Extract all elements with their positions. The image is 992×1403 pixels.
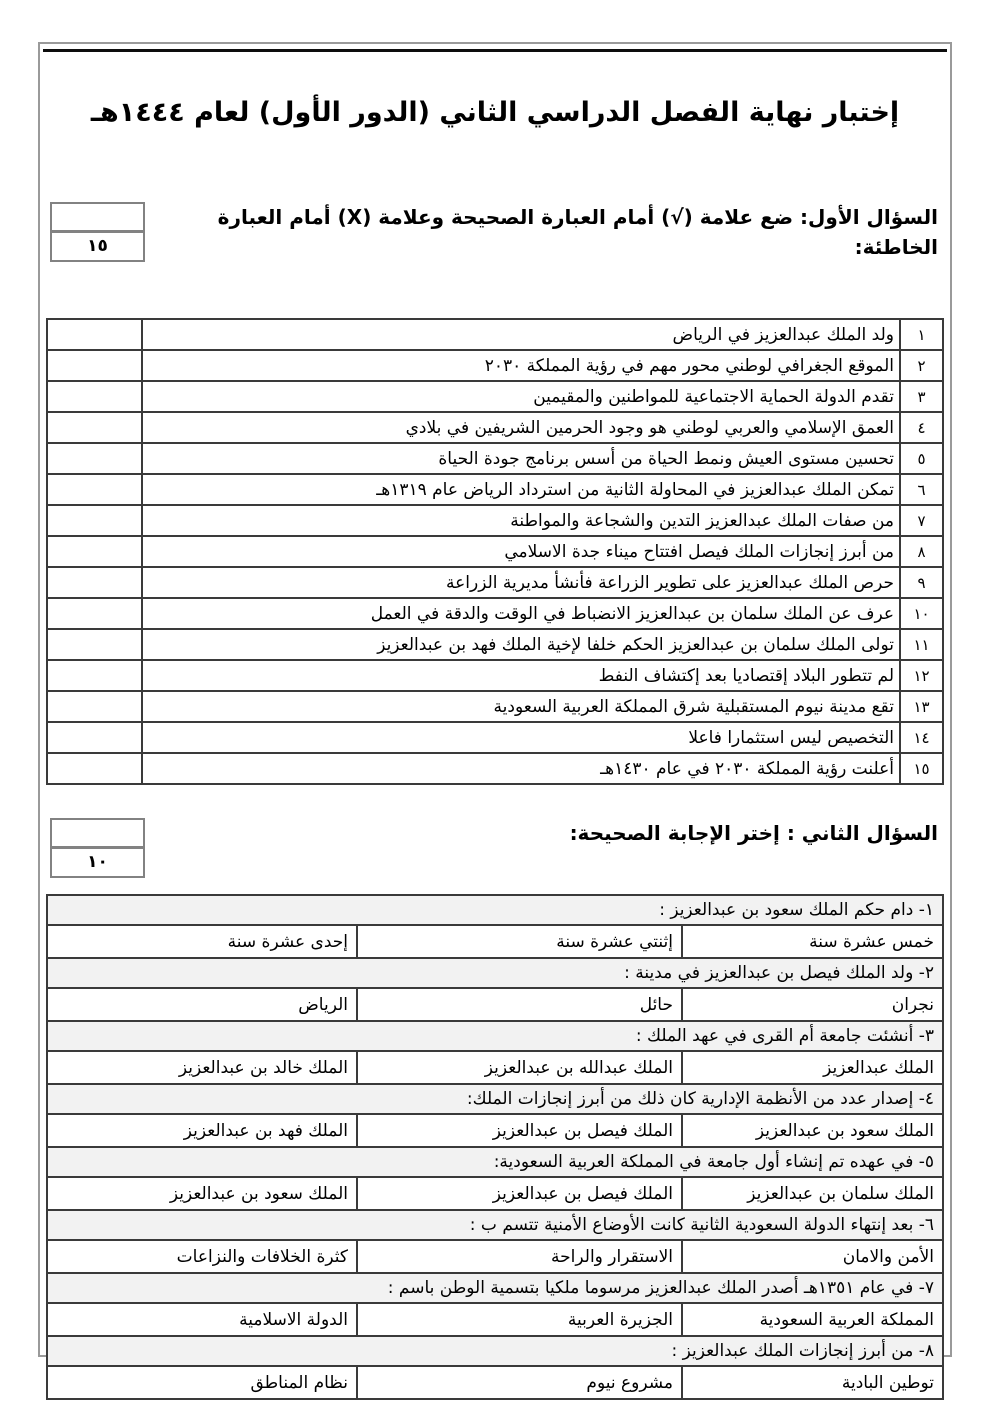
answer-cell: [47, 443, 142, 474]
options-row: الملك سعود بن عبدالعزيزالملك فيصل بن عبد…: [47, 1114, 943, 1147]
option-cell: الملك فيصل بن عبدالعزيز: [357, 1114, 682, 1147]
option-cell: الملك سعود بن عبدالعزيز: [682, 1114, 943, 1147]
section1-header: السؤال الأول: ضع علامة (√) أمام العبارة …: [40, 202, 950, 262]
option-cell: الدولة الاسلامية: [47, 1303, 357, 1336]
options-row: الأمن والامانالاستقرار والراحةكثرة الخلا…: [47, 1240, 943, 1273]
question-text: ٥- في عهده تم إنشاء أول جامعة في المملكة…: [47, 1147, 943, 1177]
statement-text: من أبرز إنجازات الملك فيصل افتتاح ميناء …: [142, 536, 900, 567]
table-row: ١٢لم تتطور البلاد إقتصاديا بعد إكتشاف ال…: [47, 660, 943, 691]
statement-text: لم تتطور البلاد إقتصاديا بعد إكتشاف النف…: [142, 660, 900, 691]
answer-cell: [47, 474, 142, 505]
answer-cell: [47, 381, 142, 412]
statement-text: تحسين مستوى العيش ونمط الحياة من أسس برن…: [142, 443, 900, 474]
table-row: ١٣تقع مدينة نيوم المستقبلية شرق المملكة …: [47, 691, 943, 722]
question-row: ٦- بعد إنتهاء الدولة السعودية الثانية كا…: [47, 1210, 943, 1240]
statement-text: تولى الملك سلمان بن عبدالعزيز الحكم خلفا…: [142, 629, 900, 660]
table-row: ١ولد الملك عبدالعزيز في الرياض: [47, 319, 943, 350]
table-row: ٥تحسين مستوى العيش ونمط الحياة من أسس بر…: [47, 443, 943, 474]
options-row: خمس عشرة سنةإثنتي عشرة سنةإحدى عشرة سنة: [47, 925, 943, 958]
row-number: ١٢: [900, 660, 943, 691]
question-row: ٥- في عهده تم إنشاء أول جامعة في المملكة…: [47, 1147, 943, 1177]
question-row: ٣- أنشئت جامعة أم القرى في عهد الملك :: [47, 1021, 943, 1051]
score-value: ١٠: [52, 849, 143, 876]
option-cell: خمس عشرة سنة: [682, 925, 943, 958]
options-row: توطين الباديةمشروع نيومنظام المناطق: [47, 1366, 943, 1399]
row-number: ١٠: [900, 598, 943, 629]
section2-score-box: ١٠: [50, 818, 145, 878]
score-cell-empty: [52, 204, 143, 233]
answer-cell: [47, 660, 142, 691]
row-number: ٦: [900, 474, 943, 505]
question-row: ٢- ولد الملك فيصل بن عبدالعزيز في مدينة …: [47, 958, 943, 988]
row-number: ٨: [900, 536, 943, 567]
table-row: ٢الموقع الجغرافي لوطني محور مهم في رؤية …: [47, 350, 943, 381]
row-number: ١٣: [900, 691, 943, 722]
option-cell: الملك سلمان بن عبدالعزيز: [682, 1177, 943, 1210]
question-row: ٧- في عام ١٣٥١هـ أصدر الملك عبدالعزيز مر…: [47, 1273, 943, 1303]
section1-heading: السؤال الأول: ضع علامة (√) أمام العبارة …: [218, 205, 938, 259]
true-false-table: ١ولد الملك عبدالعزيز في الرياض ٢الموقع ا…: [46, 318, 944, 785]
option-cell: الملك فيصل بن عبدالعزيز: [357, 1177, 682, 1210]
statement-text: من صفات الملك عبدالعزيز التدين والشجاعة …: [142, 505, 900, 536]
option-cell: الملك سعود بن عبدالعزيز: [47, 1177, 357, 1210]
option-cell: إحدى عشرة سنة: [47, 925, 357, 958]
option-cell: الملك خالد بن عبدالعزيز: [47, 1051, 357, 1084]
option-cell: الملك عبدالله بن عبدالعزيز: [357, 1051, 682, 1084]
table-row: ١٤التخصيص ليس استثمارا فاعلا: [47, 722, 943, 753]
answer-cell: [47, 753, 142, 784]
option-cell: المملكة العربية السعودية: [682, 1303, 943, 1336]
statement-text: حرص الملك عبدالعزيز على تطوير الزراعة فأ…: [142, 567, 900, 598]
table-row: ٧من صفات الملك عبدالعزيز التدين والشجاعة…: [47, 505, 943, 536]
option-cell: توطين البادية: [682, 1366, 943, 1399]
row-number: ١٤: [900, 722, 943, 753]
section1-score-box: ١٥: [50, 202, 145, 262]
row-number: ٤: [900, 412, 943, 443]
table-row: ٤العمق الإسلامي والعربي لوطني هو وجود ال…: [47, 412, 943, 443]
question-row: ٤- إصدار عدد من الأنظمة الإدارية كان ذلك…: [47, 1084, 943, 1114]
option-cell: الجزيرة العربية: [357, 1303, 682, 1336]
score-cell-empty: [52, 820, 143, 849]
question-text: ٤- إصدار عدد من الأنظمة الإدارية كان ذلك…: [47, 1084, 943, 1114]
option-cell: مشروع نيوم: [357, 1366, 682, 1399]
question-text: ٦- بعد إنتهاء الدولة السعودية الثانية كا…: [47, 1210, 943, 1240]
mcq-table: ١- دام حكم الملك سعود بن عبدالعزيز : خمس…: [46, 894, 944, 1400]
row-number: ٣: [900, 381, 943, 412]
row-number: ٥: [900, 443, 943, 474]
statement-text: أعلنت رؤية المملكة ٢٠٣٠ في عام ١٤٣٠هـ: [142, 753, 900, 784]
table-row: ٩حرص الملك عبدالعزيز على تطوير الزراعة ف…: [47, 567, 943, 598]
statement-text: ولد الملك عبدالعزيز في الرياض: [142, 319, 900, 350]
statement-text: الموقع الجغرافي لوطني محور مهم في رؤية ا…: [142, 350, 900, 381]
table-row: ١١تولى الملك سلمان بن عبدالعزيز الحكم خل…: [47, 629, 943, 660]
row-number: ١٥: [900, 753, 943, 784]
options-row: الملك سلمان بن عبدالعزيزالملك فيصل بن عب…: [47, 1177, 943, 1210]
question-text: ٢- ولد الملك فيصل بن عبدالعزيز في مدينة …: [47, 958, 943, 988]
option-cell: الرياض: [47, 988, 357, 1021]
answer-cell: [47, 629, 142, 660]
answer-cell: [47, 412, 142, 443]
row-number: ٩: [900, 567, 943, 598]
option-cell: كثرة الخلافات والنزاعات: [47, 1240, 357, 1273]
statement-text: عرف عن الملك سلمان بن عبدالعزيز الانضباط…: [142, 598, 900, 629]
table-row: ١٥أعلنت رؤية المملكة ٢٠٣٠ في عام ١٤٣٠هـ: [47, 753, 943, 784]
option-cell: الأمن والامان: [682, 1240, 943, 1273]
row-number: ٧: [900, 505, 943, 536]
exam-title: إختبار نهاية الفصل الدراسي الثاني (الدور…: [40, 97, 950, 128]
option-cell: الاستقرار والراحة: [357, 1240, 682, 1273]
answer-cell: [47, 505, 142, 536]
option-cell: نجران: [682, 988, 943, 1021]
page-frame: إختبار نهاية الفصل الدراسي الثاني (الدور…: [38, 42, 952, 1357]
frame-inner-rule: [43, 49, 947, 52]
answer-cell: [47, 536, 142, 567]
statement-text: تمكن الملك عبدالعزيز في المحاولة الثانية…: [142, 474, 900, 505]
statement-text: تقع مدينة نيوم المستقبلية شرق المملكة ال…: [142, 691, 900, 722]
question-text: ٨- من أبرز إنجازات الملك عبدالعزيز :: [47, 1336, 943, 1366]
question-row: ١- دام حكم الملك سعود بن عبدالعزيز :: [47, 895, 943, 925]
score-value: ١٥: [52, 233, 143, 260]
table-row: ٣تقدم الدولة الحماية الاجتماعية للمواطني…: [47, 381, 943, 412]
statement-text: التخصيص ليس استثمارا فاعلا: [142, 722, 900, 753]
row-number: ٢: [900, 350, 943, 381]
answer-cell: [47, 722, 142, 753]
option-cell: حائل: [357, 988, 682, 1021]
question-row: ٨- من أبرز إنجازات الملك عبدالعزيز :: [47, 1336, 943, 1366]
row-number: ١١: [900, 629, 943, 660]
section2-heading: السؤال الثاني : إختر الإجابة الصحيحة:: [570, 821, 938, 845]
table-row: ٨من أبرز إنجازات الملك فيصل افتتاح ميناء…: [47, 536, 943, 567]
options-row: الملك عبدالعزيزالملك عبدالله بن عبدالعزي…: [47, 1051, 943, 1084]
table-row: ٦تمكن الملك عبدالعزيز في المحاولة الثاني…: [47, 474, 943, 505]
row-number: ١: [900, 319, 943, 350]
answer-cell: [47, 691, 142, 722]
option-cell: الملك عبدالعزيز: [682, 1051, 943, 1084]
answer-cell: [47, 319, 142, 350]
question-text: ١- دام حكم الملك سعود بن عبدالعزيز :: [47, 895, 943, 925]
question-text: ٧- في عام ١٣٥١هـ أصدر الملك عبدالعزيز مر…: [47, 1273, 943, 1303]
options-row: نجرانحائلالرياض: [47, 988, 943, 1021]
answer-cell: [47, 350, 142, 381]
table-row: ١٠عرف عن الملك سلمان بن عبدالعزيز الانضب…: [47, 598, 943, 629]
statement-text: تقدم الدولة الحماية الاجتماعية للمواطنين…: [142, 381, 900, 412]
question-text: ٣- أنشئت جامعة أم القرى في عهد الملك :: [47, 1021, 943, 1051]
option-cell: نظام المناطق: [47, 1366, 357, 1399]
answer-cell: [47, 598, 142, 629]
answer-cell: [47, 567, 142, 598]
options-row: المملكة العربية السعوديةالجزيرة العربيةا…: [47, 1303, 943, 1336]
statement-text: العمق الإسلامي والعربي لوطني هو وجود الح…: [142, 412, 900, 443]
section2-header: السؤال الثاني : إختر الإجابة الصحيحة: ١٠: [40, 818, 950, 848]
option-cell: الملك فهد بن عبدالعزيز: [47, 1114, 357, 1147]
exam-page: { "title": "إختبار نهاية الفصل الدراسي ا…: [0, 0, 992, 1403]
option-cell: إثنتي عشرة سنة: [357, 925, 682, 958]
